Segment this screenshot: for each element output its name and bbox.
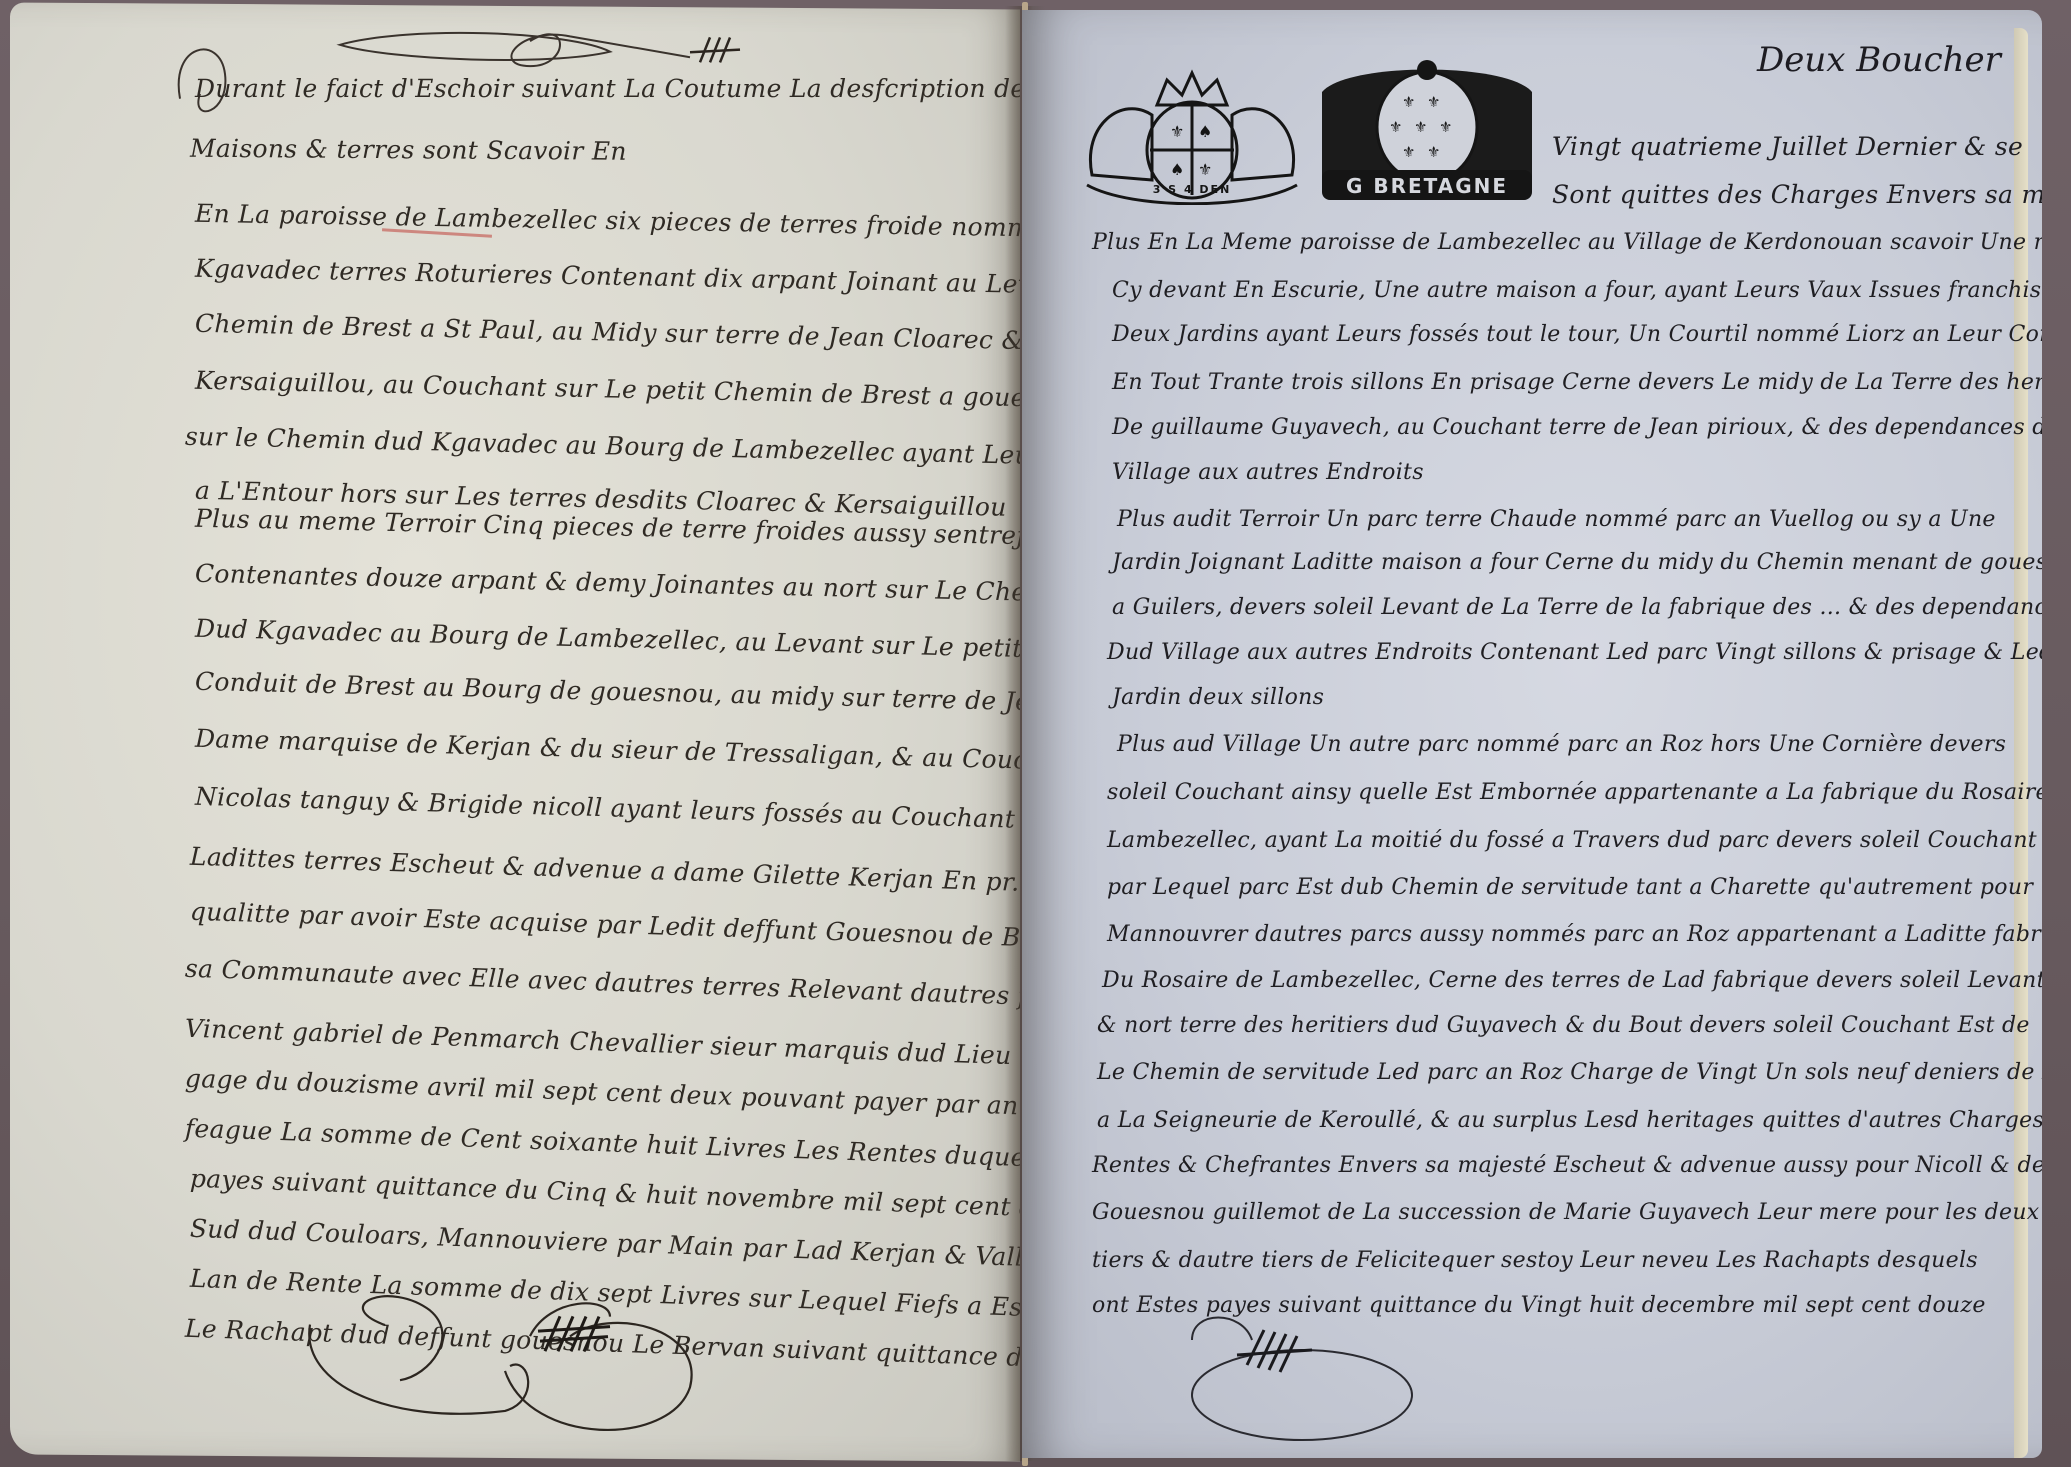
text-line: Mannouvrer dautres parcs aussy nommés pa… — [1107, 922, 2042, 947]
text-line: Sont quittes des Charges Envers sa majes… — [1552, 180, 2042, 209]
right-page: ⚜♠ ♠⚜ 3 S 4 DEN ⚜⚜ ⚜⚜⚜ ⚜⚜ G BRETAGNE Deu… — [1022, 10, 2042, 1458]
text-line: Le Rachapt dud deffunt gouesnou Le Berva… — [185, 1314, 1020, 1373]
text-line: Lambezellec, ayant La moitié du fossé a … — [1107, 828, 2042, 853]
text-line: Plus En La Meme paroisse de Lambezellec … — [1092, 230, 2042, 255]
text-line: & nort terre des heritiers dud Guyavech … — [1097, 1013, 2030, 1038]
text-line: Dud Kgavadec au Bourg de Lambezellec, au… — [195, 614, 1020, 667]
text-line: Sud dud Couloars, Mannouviere par Main p… — [190, 1214, 1020, 1274]
text-line: Ladittes terres Escheut & advenue a dame… — [190, 842, 1020, 901]
text-line: Vingt quatrieme Juillet Dernier & se — [1552, 132, 2023, 161]
text-line: Cy devant En Escurie, Une autre maison a… — [1112, 278, 2042, 303]
text-line: Jardin deux sillons — [1112, 685, 1324, 710]
text-line: En La paroisse de Lambezellec six pieces… — [195, 199, 1020, 246]
text-line: Nicolas tanguy & Brigide nicoll ayant le… — [195, 782, 1020, 839]
text-line: qualitte par avoir Este acquise par Ledi… — [190, 897, 1020, 958]
text-line: Gouesnou guillemot de La succession de M… — [1092, 1200, 2040, 1225]
text-line: Le Chemin de servitude Led parc an Roz C… — [1097, 1060, 2042, 1085]
text-line: Kgavadec terres Roturieres Contenant dix… — [195, 254, 1020, 302]
text-line: Dud Village aux autres Endroits Contenan… — [1107, 640, 2042, 665]
text-line: a Guilers, devers soleil Levant de La Te… — [1112, 595, 2042, 620]
text-line: Durant le faict d'Eschoir suivant La Cou… — [195, 74, 1020, 103]
text-line: Chemin de Brest a St Paul, au Midy sur t… — [195, 309, 1020, 359]
text-line: Kersaiguillou, au Couchant sur Le petit … — [195, 366, 1020, 417]
text-line: sur le Chemin dud Kgavadec au Bourg de L… — [185, 422, 1020, 474]
text-line: Maisons & terres sont Scavoir En — [190, 134, 627, 166]
text-line: Plus aud Village Un autre parc nommé par… — [1117, 732, 2006, 757]
text-line: a La Seigneurie de Keroullé, & au surplu… — [1097, 1108, 2042, 1133]
text-line: par Lequel parc Est dub Chemin de servit… — [1107, 875, 2033, 900]
text-line: ont Estes payes suivant quittance du Vin… — [1092, 1293, 1986, 1318]
text-line: gage du douzisme avril mil sept cent deu… — [185, 1064, 1020, 1125]
text-line: Dame marquise de Kerjan & du sieur de Tr… — [195, 724, 1020, 781]
text-line: De guillaume Guyavech, au Couchant terre… — [1112, 415, 2042, 440]
right-page-text: Vingt quatrieme Juillet Dernier & se Son… — [1022, 10, 2042, 1458]
text-line: soleil Couchant ainsy quelle Est Emborné… — [1107, 780, 2042, 805]
text-line: Deux Jardins ayant Leurs fossés tout le … — [1112, 322, 2042, 347]
text-line: Lan de Rente La somme de dix sept Livres… — [190, 1264, 1020, 1325]
text-line: Conduit de Brest au Bourg de gouesnou, a… — [195, 667, 1020, 722]
text-line: Rentes & Chefrantes Envers sa majesté Es… — [1092, 1153, 2042, 1178]
text-line: Village aux autres Endroits — [1112, 460, 1424, 485]
left-page-text: Durant le faict d'Eschoir suivant La Cou… — [10, 2, 1020, 1461]
left-page: Durant le faict d'Eschoir suivant La Cou… — [10, 2, 1020, 1461]
text-line: payes suivant quittance du Cinq & huit n… — [190, 1164, 1020, 1225]
text-line: tiers & dautre tiers de Felicitequer ses… — [1092, 1248, 1978, 1273]
text-line: Plus audit Terroir Un parc terre Chaude … — [1117, 507, 1996, 532]
text-line: Du Rosaire de Lambezellec, Cerne des ter… — [1102, 968, 2042, 993]
text-line: sa Communaute avec Elle avec dautres ter… — [185, 954, 1020, 1017]
text-line: Contenantes douze arpant & demy Joinante… — [195, 559, 1020, 612]
text-line: En Tout Trante trois sillons En prisage … — [1112, 370, 2042, 395]
text-line: Jardin Joignant Laditte maison a four Ce… — [1112, 550, 2042, 575]
